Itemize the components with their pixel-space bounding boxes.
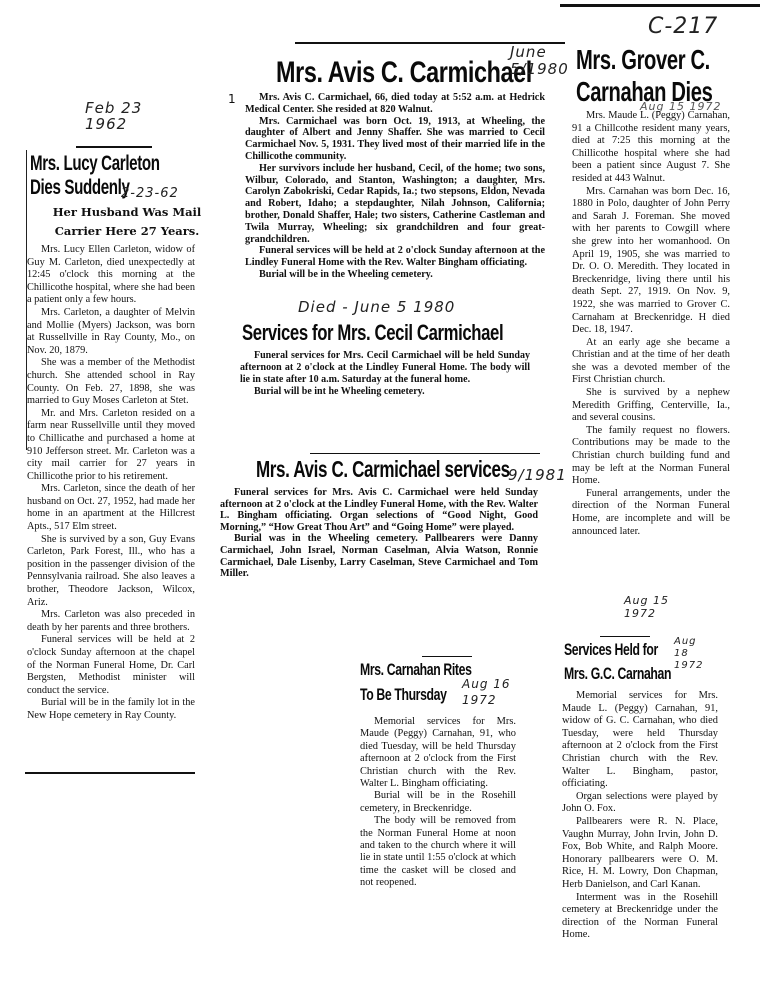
handwritten-date: Feb 23 1962 (85, 100, 142, 132)
handwritten-date: 9/1981 (508, 466, 567, 484)
paragraph: Mrs. Carleton, a daughter of Melvin and … (27, 307, 195, 357)
headline: Mrs. G.C. Carnahan (564, 664, 671, 684)
article-body: Memorial services for Mrs. Maude L. (Peg… (562, 690, 718, 942)
headline: To Be Thursday (360, 685, 447, 705)
handwritten-date: Aug 16 1972 (462, 676, 511, 708)
article-body: Mrs. Lucy Ellen Carleton, widow of Guy M… (27, 244, 195, 723)
article-body: Mrs. Maude L. (Peggy) Carnahan, 91 a Chi… (572, 110, 730, 538)
paragraph: Mr. and Mrs. Carleton resided on a farm … (27, 408, 195, 484)
headline: Mrs. Avis C. Carmichael (276, 56, 532, 90)
paragraph: Funeral services will be held at 2 o'clo… (27, 634, 195, 697)
headline: Mrs. Carnahan Rites (360, 660, 472, 680)
paragraph: Memorial services for Mrs. Maude L. (Peg… (562, 690, 718, 791)
paragraph: She is survived by a son, Guy Evans Carl… (27, 534, 195, 610)
handwritten-footer-date: Aug 15 1972 (624, 594, 669, 620)
subhead: Her Husband Was Mail Carrier Here 27 Yea… (42, 203, 212, 241)
paragraph: Interment was in the Rosehill cemetery a… (562, 892, 718, 942)
paragraph: The family request no flowers. Contribut… (572, 425, 730, 488)
article-body: Funeral services for Mrs. Avis C. Carmic… (220, 487, 538, 580)
paragraph: Burial will be in the family lot in the … (27, 697, 195, 722)
paragraph: Burial was in the Wheeling cemetery. Pal… (220, 533, 538, 579)
paragraph: Mrs. Maude L. (Peggy) Carnahan, 91 a Chi… (572, 110, 730, 186)
article-body: Funeral services for Mrs. Cecil Carmicha… (240, 350, 530, 398)
paragraph: Funeral arrangements, under the directio… (572, 488, 730, 538)
headline: Mrs. Avis C. Carmichael services (256, 456, 510, 483)
headline-rule (76, 146, 152, 148)
headline: Mrs. Grover C. (576, 44, 710, 76)
headline-rule (310, 453, 540, 454)
paragraph: The body will be removed from the Norman… (360, 815, 516, 889)
paragraph: Mrs. Carmichael was born Oct. 19, 1913, … (245, 116, 545, 163)
paragraph: Her survivors include her husband, Cecil… (245, 163, 545, 246)
paragraph: Mrs. Lucy Ellen Carleton, widow of Guy M… (27, 244, 195, 307)
paragraph: Mrs. Carleton was also preceded in death… (27, 609, 195, 634)
paragraph: Mrs. Carnahan was born Dec. 16, 1880 in … (572, 186, 730, 337)
article-body: Mrs. Avis C. Carmichael, 66, died today … (245, 92, 545, 281)
handwritten-note: 2-23-62 (121, 186, 179, 201)
paragraph: She was a member of the Methodist church… (27, 357, 195, 407)
paragraph: Mrs. Avis C. Carmichael, 66, died today … (245, 92, 545, 116)
paragraph: At an early age she became a Christian a… (572, 337, 730, 387)
paragraph: Burial will be in the Rosehill cemetery,… (360, 790, 516, 815)
headline: Services for Mrs. Cecil Carmichael (242, 320, 503, 346)
headline: Services Held for (564, 640, 658, 660)
headline: Mrs. Lucy Carleton (30, 152, 160, 176)
paragraph: Funeral services for Mrs. Cecil Carmicha… (240, 350, 530, 386)
paragraph: Burial will be int he Wheeling cemetery. (240, 386, 530, 398)
handwritten-date: Aug 18 1972 (674, 636, 703, 672)
paragraph: Funeral services will be held at 2 o'clo… (245, 245, 545, 269)
headline: Dies Suddenly (30, 176, 130, 200)
margin-mark: 1 (228, 92, 236, 106)
headline-rule (600, 636, 650, 637)
paragraph: Burial will be in the Wheeling cemetery. (245, 269, 545, 281)
handwritten-page-code: C-217 (648, 14, 718, 39)
bottom-rule (25, 772, 195, 774)
paragraph: Funeral services for Mrs. Avis C. Carmic… (220, 487, 538, 533)
handwritten-note: Died - June 5 1980 (298, 298, 455, 316)
article-body: Memorial services for Mrs. Maude (Peggy)… (360, 716, 516, 890)
paragraph: Organ selections were played by John O. … (562, 791, 718, 816)
paragraph: Mrs. Carleton, since the death of her hu… (27, 483, 195, 533)
paragraph: Pallbearers were R. N. Place, Vaughn Mur… (562, 816, 718, 892)
paragraph: She is survived by a nephew Meredith Gri… (572, 387, 730, 425)
top-rule-right (560, 4, 760, 7)
paragraph: Memorial services for Mrs. Maude (Peggy)… (360, 716, 516, 790)
handwritten-date: June 5/1980 (510, 44, 569, 78)
headline-rule (422, 656, 472, 657)
